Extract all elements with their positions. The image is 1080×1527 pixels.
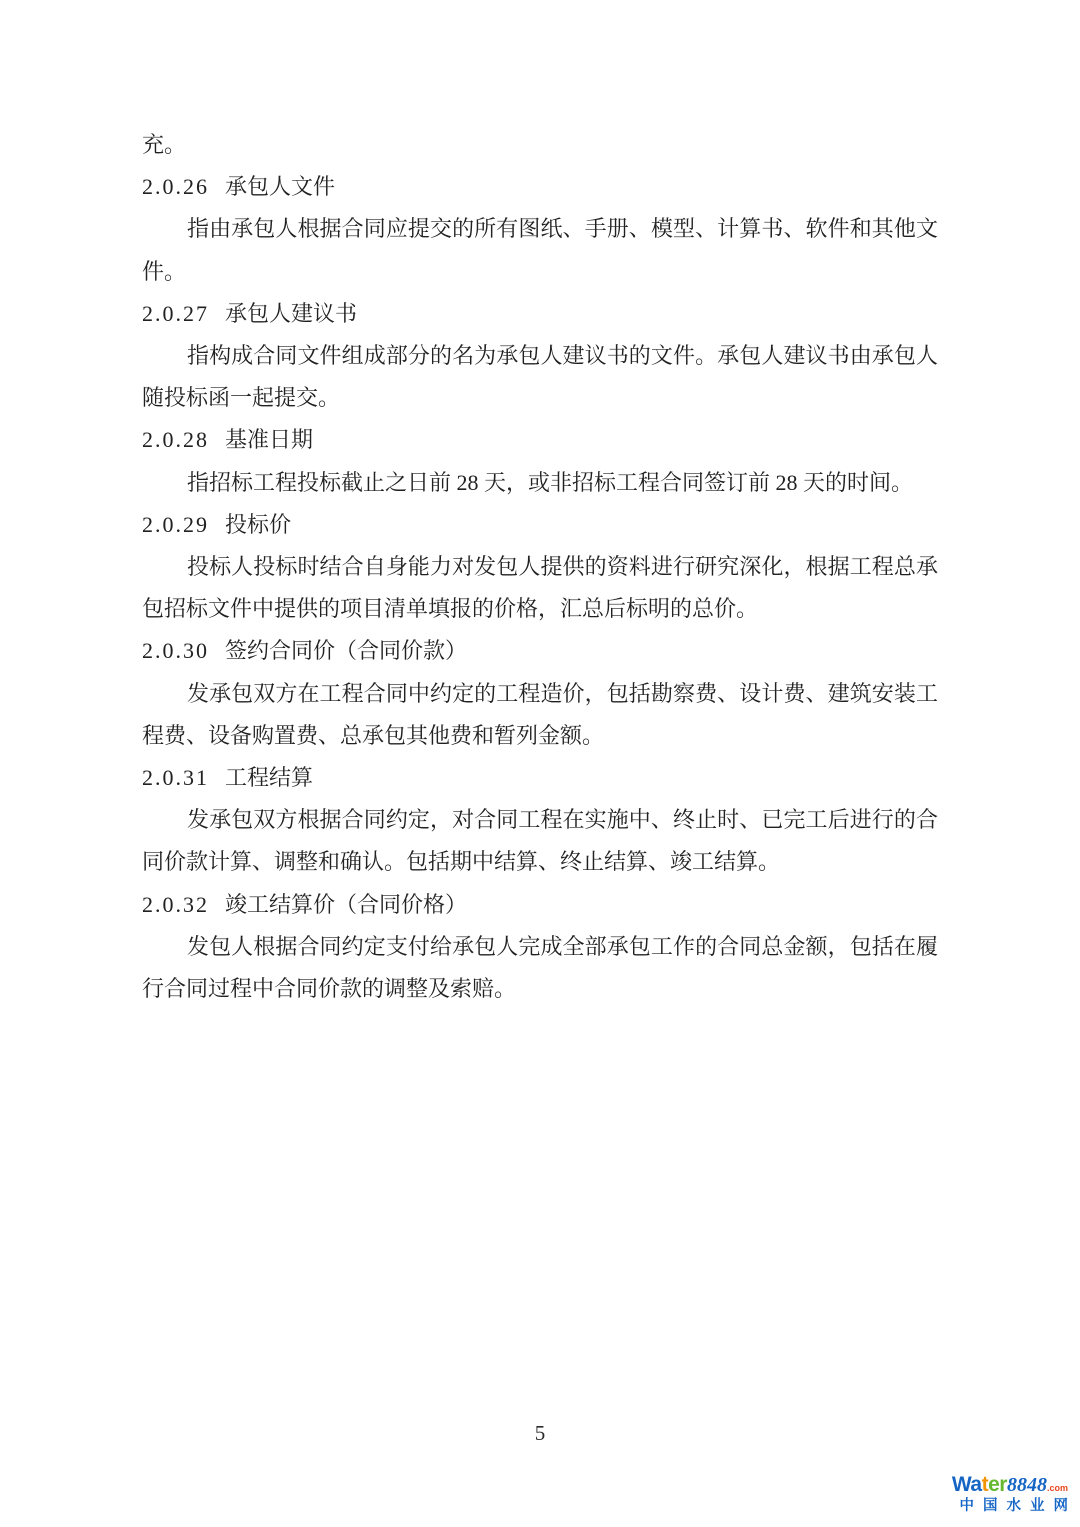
term-title: 工程结算 xyxy=(225,765,313,790)
term-definition: 指招标工程投标截止之日前 28 天，或非招标工程合同签订前 28 天的时间。 xyxy=(142,462,938,504)
term-heading: 2.0.28基准日期 xyxy=(142,419,938,461)
term-definition: 指构成合同文件组成部分的名为承包人建议书的文件。承包人建议书由承包人随投标函一起… xyxy=(142,335,938,419)
term-definition: 指由承包人根据合同应提交的所有图纸、手册、模型、计算书、软件和其他文件。 xyxy=(142,208,938,292)
page-number: 5 xyxy=(0,1421,1080,1446)
term-number: 2.0.28 xyxy=(142,427,209,452)
watermark-subtitle: 中国水业网 xyxy=(952,1499,1077,1514)
term-heading: 2.0.30签约合同价（合同价款） xyxy=(142,630,938,672)
term-title: 签约合同价（合同价款） xyxy=(225,638,467,663)
watermark-brand-number: 8848 xyxy=(1007,1474,1047,1496)
term-number: 2.0.30 xyxy=(142,638,209,663)
term-number: 2.0.26 xyxy=(142,174,209,199)
term-title: 承包人文件 xyxy=(225,174,335,199)
term-heading: 2.0.27承包人建议书 xyxy=(142,293,938,335)
watermark-logo: Water8848.com 中国水业网 xyxy=(952,1474,1068,1514)
watermark-brand-tld: .com xyxy=(1047,1483,1068,1493)
term-definition: 发承包双方根据合同约定，对合同工程在实施中、终止时、已完工后进行的合同价款计算、… xyxy=(142,799,938,883)
term-title: 基准日期 xyxy=(225,427,313,452)
term-section-2-0-26: 2.0.26承包人文件 指由承包人根据合同应提交的所有图纸、手册、模型、计算书、… xyxy=(142,166,938,293)
paragraph-continuation: 充。 xyxy=(142,124,938,166)
document-content: 充。 2.0.26承包人文件 指由承包人根据合同应提交的所有图纸、手册、模型、计… xyxy=(142,124,938,1010)
watermark-brand-wa: Wa xyxy=(952,1473,982,1496)
term-number: 2.0.32 xyxy=(142,892,209,917)
term-heading: 2.0.26承包人文件 xyxy=(142,166,938,208)
term-section-2-0-32: 2.0.32竣工结算价（合同价格） 发包人根据合同约定支付给承包人完成全部承包工… xyxy=(142,884,938,1011)
term-section-2-0-27: 2.0.27承包人建议书 指构成合同文件组成部分的名为承包人建议书的文件。承包人… xyxy=(142,293,938,420)
watermark-brand: Water8848.com xyxy=(952,1474,1068,1495)
term-definition: 发承包双方在工程合同中约定的工程造价，包括勘察费、设计费、建筑安装工程费、设备购… xyxy=(142,673,938,757)
term-section-2-0-31: 2.0.31工程结算 发承包双方根据合同约定，对合同工程在实施中、终止时、已完工… xyxy=(142,757,938,884)
term-section-2-0-29: 2.0.29投标价 投标人投标时结合自身能力对发包人提供的资料进行研究深化，根据… xyxy=(142,504,938,631)
term-section-2-0-30: 2.0.30签约合同价（合同价款） 发承包双方在工程合同中约定的工程造价，包括勘… xyxy=(142,630,938,757)
document-page: 充。 2.0.26承包人文件 指由承包人根据合同应提交的所有图纸、手册、模型、计… xyxy=(0,0,1080,1527)
term-title: 投标价 xyxy=(225,512,291,537)
term-section-2-0-28: 2.0.28基准日期 指招标工程投标截止之日前 28 天，或非招标工程合同签订前… xyxy=(142,419,938,503)
term-heading: 2.0.32竣工结算价（合同价格） xyxy=(142,884,938,926)
term-number: 2.0.29 xyxy=(142,512,209,537)
term-title: 竣工结算价（合同价格） xyxy=(225,892,467,917)
term-number: 2.0.27 xyxy=(142,301,209,326)
term-heading: 2.0.31工程结算 xyxy=(142,757,938,799)
watermark-brand-er: er xyxy=(988,1473,1007,1496)
term-definition: 发包人根据合同约定支付给承包人完成全部承包工作的合同总金额，包括在履行合同过程中… xyxy=(142,926,938,1010)
term-definition: 投标人投标时结合自身能力对发包人提供的资料进行研究深化，根据工程总承包招标文件中… xyxy=(142,546,938,630)
term-heading: 2.0.29投标价 xyxy=(142,504,938,546)
term-title: 承包人建议书 xyxy=(225,301,357,326)
term-number: 2.0.31 xyxy=(142,765,209,790)
